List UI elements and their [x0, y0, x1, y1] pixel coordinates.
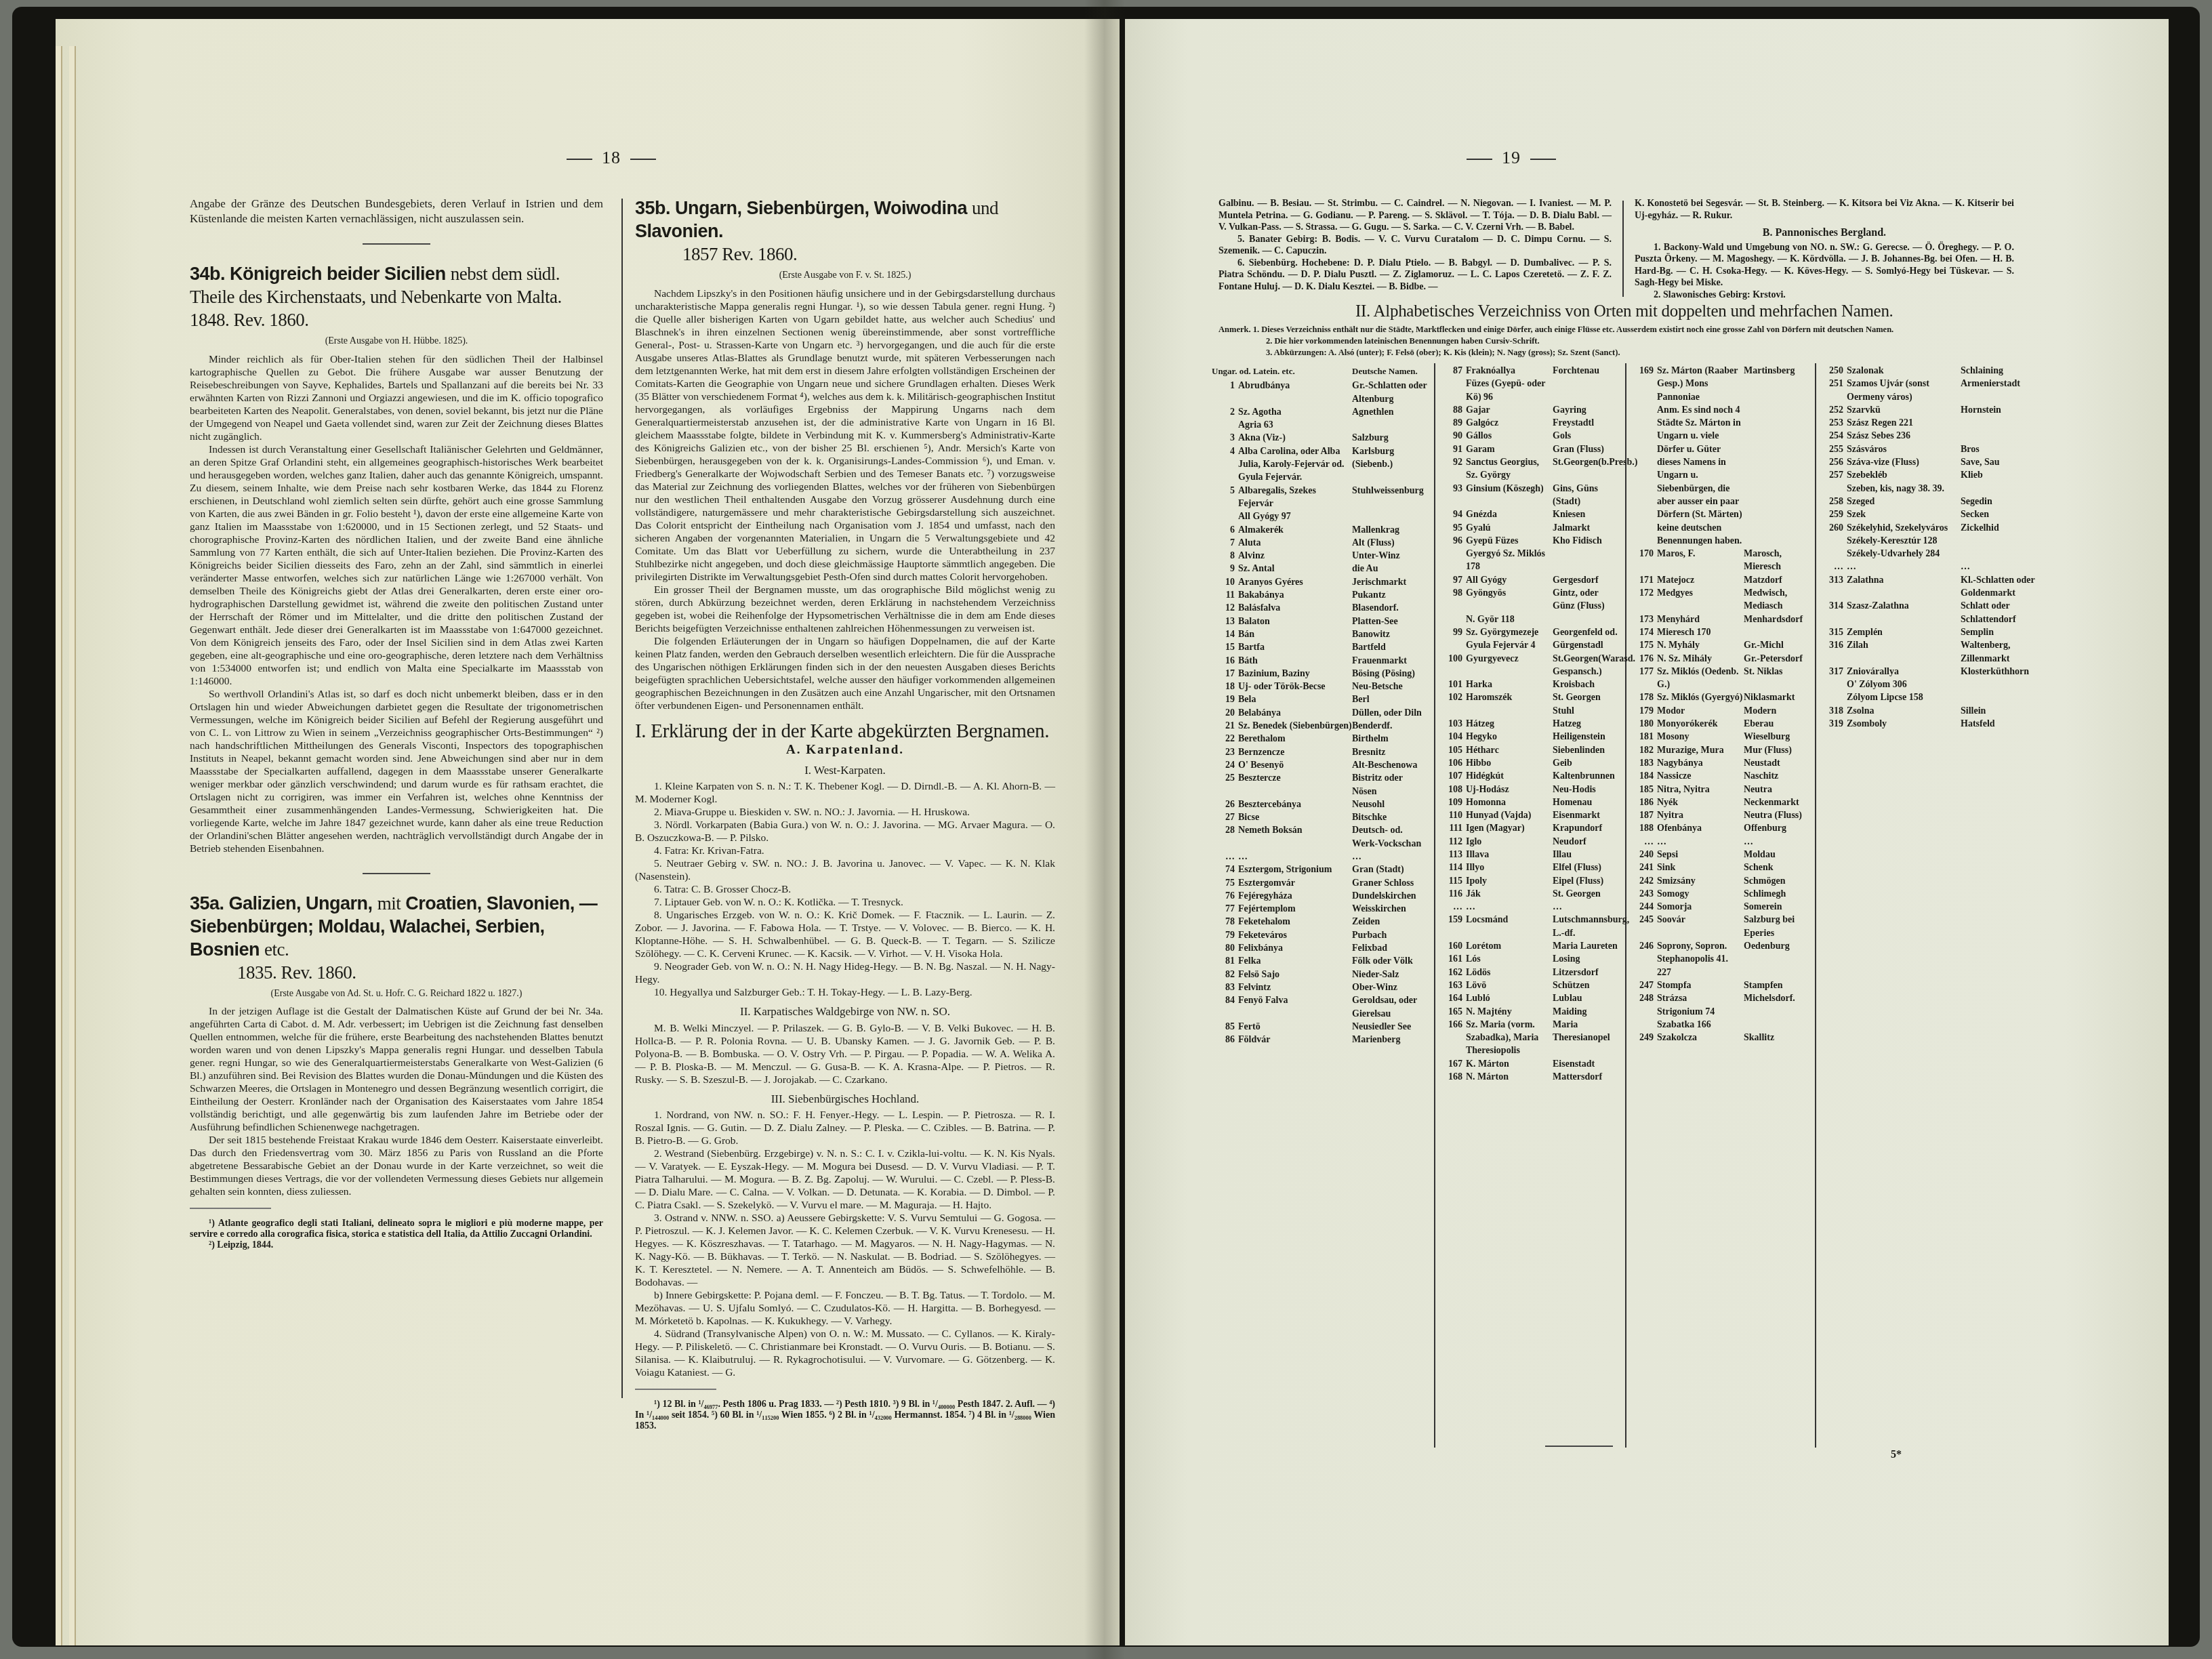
index-row: 187NyitraNeutra (Fluss) [1631, 809, 1811, 822]
index-row: 244SomorjaSomerein [1631, 901, 1811, 914]
index-number: 1 [1212, 380, 1238, 406]
hungarian-name: Nassicze [1657, 770, 1744, 783]
index-number: 26 [1212, 798, 1238, 811]
index-row: 161LósLosing [1439, 953, 1621, 966]
index-row: 14BánBanowitz [1212, 628, 1429, 641]
footnote-rule [190, 1208, 271, 1209]
german-name: Bitschke [1352, 811, 1429, 824]
hungarian-name: Szamos Ujvár (sonst Oermeny város) [1847, 377, 1961, 404]
german-name [1961, 691, 2044, 704]
german-name [1961, 678, 2044, 691]
index-number: 184 [1631, 770, 1657, 783]
index-header: Ungar. od. Latein. etc. Deutsche Namen. [1212, 365, 1429, 377]
hungarian-name: Feketehalom [1238, 916, 1352, 928]
index-row: 76FejéregyházaDundelskirchen [1212, 890, 1429, 903]
hungarian-name: Strázsa [1657, 992, 1744, 1005]
german-name: Alt-Beschenowa [1352, 759, 1429, 772]
index-number: 319 [1820, 718, 1847, 731]
index-row: 101HarkaKroisbach [1439, 678, 1621, 691]
index-number: 187 [1631, 809, 1657, 822]
hungarian-name: Szek [1847, 508, 1961, 521]
index-column-a: Ungar. od. Latein. etc. Deutsche Namen. … [1212, 365, 1429, 1046]
column-divider [1815, 363, 1816, 1448]
german-name: Moldau [1744, 848, 1811, 861]
german-name: Schlaining [1961, 365, 2044, 377]
hungarian-name: Sz. Maria (vorm. Szabadka), Maria Theres… [1466, 1019, 1553, 1058]
hungarian-name: Esztergom, Strigonium [1238, 863, 1352, 876]
hungarian-name: Zniovárallya [1847, 665, 1961, 678]
hungarian-name: Esztergomvár [1238, 877, 1352, 890]
hungarian-name: Feketeváros [1238, 929, 1352, 942]
index-number: 84 [1212, 994, 1238, 1021]
hungarian-name: Hidégkút [1466, 770, 1553, 783]
first-edition-note: (Erste Ausgabe von Ad. St. u. Hofr. C. G… [190, 987, 603, 1002]
hungarian-name: Akna (Viz-) [1238, 432, 1352, 445]
hungarian-name: Garam [1466, 443, 1553, 456]
hungarian-name: Fertö [1238, 1021, 1352, 1033]
index-row: 240SepsiMoldau [1631, 848, 1811, 861]
index-number: 188 [1631, 822, 1657, 835]
index-number: 105 [1439, 744, 1466, 757]
german-name: Fölk oder Völk [1352, 955, 1429, 968]
index-number: 252 [1820, 404, 1847, 417]
index-row: Strigonium 74 [1631, 1006, 1811, 1019]
hungarian-name: Zalathna [1847, 574, 1961, 600]
hungarian-name: Hegyko [1466, 731, 1553, 743]
index-row: 183NagybányaNeustadt [1631, 757, 1811, 770]
index-number: 102 [1439, 691, 1466, 718]
index-number: 19 [1212, 693, 1238, 706]
german-name: Illau [1553, 848, 1621, 861]
german-name: Martinsberg [1744, 365, 1811, 404]
german-name: St. Niklas [1744, 665, 1811, 692]
index-number [1631, 404, 1657, 548]
hungarian-name: Agria 63 [1238, 419, 1352, 432]
hungarian-name: Nyék [1657, 796, 1744, 809]
hungarian-name: Abrudbánya [1238, 380, 1352, 406]
subsection-A-III-title: III. Siebenbürgisches Hochland. [635, 1092, 1055, 1107]
list-item: 2. Miava-Gruppe u. Bieskiden v. SW. n. N… [635, 806, 1055, 819]
index-number: 170 [1631, 548, 1657, 574]
index-row: 97All GyógyGergesdorf [1439, 574, 1621, 587]
german-name: Klieb [1961, 469, 2044, 482]
index-number: 90 [1439, 430, 1466, 443]
index-number: 16 [1212, 655, 1238, 668]
hungarian-name: Szász Sebes 236 [1847, 430, 1961, 443]
index-number: 101 [1439, 678, 1466, 691]
index-number: 115 [1439, 875, 1466, 888]
index-number: 167 [1439, 1058, 1466, 1071]
hungarian-name: Alvinz [1238, 550, 1352, 562]
index-row: 249SzakolczaSkallitz [1631, 1031, 1811, 1044]
index-number: 106 [1439, 757, 1466, 770]
index-number: 75 [1212, 877, 1238, 890]
index-number: 178 [1631, 691, 1657, 704]
index-number: … [1820, 560, 1847, 573]
index-number: 183 [1631, 757, 1657, 770]
index-row: 80FelixbányaFelixbad [1212, 942, 1429, 955]
index-number: 99 [1439, 626, 1466, 653]
index-number: 22 [1212, 733, 1238, 745]
hungarian-name: Fraknóallya [1466, 365, 1553, 377]
index-number: 242 [1631, 875, 1657, 888]
index-row: 19BelaBerl [1212, 693, 1429, 706]
column-divider [1622, 201, 1624, 297]
german-name [1352, 419, 1429, 432]
index-number [1631, 1006, 1657, 1019]
hungarian-name: Belabánya [1238, 707, 1352, 720]
index-row: 116JákSt. Georgen [1439, 888, 1621, 901]
index-row: 81FelkaFölk oder Völk [1212, 955, 1429, 968]
hungarian-name: Nyitra [1657, 809, 1744, 822]
hungarian-name: Galgócz [1466, 417, 1553, 430]
hungarian-name: Illava [1466, 848, 1553, 861]
annotation-line: 2. Die hier vorkommenden lateinischen Be… [1218, 335, 2018, 347]
paragraph: Nachdem Lipszky's in den Positionen häuf… [635, 287, 1055, 583]
index-number: 258 [1820, 495, 1847, 508]
german-name: … [1352, 851, 1429, 863]
index-row: 21Sz. Benedek (Siebenbürgen)Benderdf. [1212, 720, 1429, 733]
german-name: Litzersdorf [1553, 966, 1621, 979]
index-row: 12BalásfalvaBlasendorf. [1212, 602, 1429, 615]
index-number: 23 [1212, 746, 1238, 759]
hungarian-name: Somogy [1657, 888, 1744, 901]
hungarian-name: Hibbo [1466, 757, 1553, 770]
index-row: 181MosonyWieselburg [1631, 731, 1811, 743]
index-number: 14 [1212, 628, 1238, 641]
index-number: 15 [1212, 641, 1238, 654]
german-name: Salzburg [1352, 432, 1429, 445]
german-name: St.Georgen(Warasd. Gespansch.) [1553, 653, 1635, 679]
index-row: 109HomonnaHomenau [1439, 796, 1621, 809]
hungarian-name: Ipoly [1466, 875, 1553, 888]
subsection-B-title: B. Pannonisches Bergland. [1635, 227, 2014, 239]
index-row: 11BakabányaPukantz [1212, 589, 1429, 602]
hungarian-name: Iglo [1466, 836, 1553, 848]
german-name: Weisskirchen [1352, 903, 1429, 916]
column-divider [1625, 363, 1626, 1448]
index-row: 22BerethalomBirthelm [1212, 733, 1429, 745]
index-number: 318 [1820, 705, 1847, 718]
index-row: 93Ginsium (Köszegh)Gins, Güns (Stadt) [1439, 483, 1621, 509]
german-name [1961, 483, 2044, 495]
german-name: Mallenkrag [1352, 524, 1429, 537]
index-number: 161 [1439, 953, 1466, 966]
index-number: 176 [1631, 653, 1657, 665]
german-name: Sillein [1961, 705, 2044, 718]
german-name: Graner Schloss [1352, 877, 1429, 890]
index-row: 77FejértemplomWeisskirchen [1212, 903, 1429, 916]
index-number: 249 [1631, 1031, 1657, 1044]
german-name: Geib [1553, 757, 1621, 770]
index-row: 26BesztercebányaNeusohl [1212, 798, 1429, 811]
hungarian-name: Hétharс [1466, 744, 1553, 757]
column-divider [1434, 363, 1435, 1448]
index-number: 109 [1439, 796, 1466, 809]
index-row: 20BelabányaDüllen, oder Diln [1212, 707, 1429, 720]
german-name: Neusiedler See [1352, 1021, 1429, 1033]
german-name: Gr.-Schlatten oder Altenburg [1352, 380, 1429, 406]
index-number: 25 [1212, 772, 1238, 798]
german-name: Neusohl [1352, 798, 1429, 811]
index-row: 250SzalonakSchlaining [1820, 365, 2044, 377]
hungarian-name: Albaregalis, Szekes Fejervár [1238, 485, 1352, 511]
index-row: 25BeszterczеBistritz oder Nösen [1212, 772, 1429, 798]
german-name: Zickelhid [1961, 522, 2044, 535]
index-number: 313 [1820, 574, 1847, 600]
index-row: 15BartfaBartfeld [1212, 641, 1429, 654]
index-row: 173MenyhárdMenhardsdorf [1631, 613, 1811, 626]
hungarian-name: Monyorókerék [1657, 718, 1744, 731]
german-name: Marosch, Mieresch [1744, 548, 1811, 574]
german-name: Lutschmannsburg, L.-df. [1553, 914, 1629, 940]
german-name: Kaltenbrunnen [1553, 770, 1621, 783]
index-number: 174 [1631, 626, 1657, 639]
index-row: 112IgloNeudorf [1439, 836, 1621, 848]
german-name: Eisenmarkt [1553, 809, 1621, 822]
hungarian-name: Felka [1238, 955, 1352, 968]
index-row: Szeben, kis, nagy 38. 39. [1820, 483, 2044, 495]
paragraph: Minder reichlich als für Ober-Italien st… [190, 353, 603, 443]
hungarian-name: Szász Regen 221 [1847, 417, 1961, 430]
index-number: 171 [1631, 574, 1657, 587]
german-name [1961, 535, 2044, 548]
hungarian-name: Bazinium, Baziny [1238, 668, 1352, 680]
hungarian-name: Zilah [1847, 639, 1961, 665]
index-row: 182Murazige, MuraMur (Fluss) [1631, 744, 1811, 757]
german-name: Alt (Fluss) [1352, 537, 1429, 550]
list-item: 3. Nördl. Vorkarpaten (Babia Gura.) von … [635, 819, 1055, 844]
german-name: Bartfeld [1352, 641, 1429, 654]
german-name [1352, 510, 1429, 523]
index-row: 92Sanctus Georgius, Sz. GyörgySt.Georgen… [1439, 456, 1621, 483]
german-name: Neckenmarkt [1744, 796, 1811, 809]
index-row: 255SzásvárosBros [1820, 443, 2044, 456]
hungarian-name: Sz. Antal [1238, 562, 1352, 575]
page-edge [69, 46, 76, 1645]
german-name: Purbach [1352, 929, 1429, 942]
hungarian-name: Sz. Márton (Raaber Gesp.) Mons Pannoniae [1657, 365, 1744, 404]
index-number: 20 [1212, 707, 1238, 720]
german-name: Armenierstadt [1961, 377, 2044, 404]
index-number: 24 [1212, 759, 1238, 772]
page-number: 19 [1457, 148, 1565, 168]
hungarian-name: Székelyhid, Szekelyváros [1847, 522, 1961, 535]
carryover-text: K. Konostetö bei Segesvár. — St. B. Stei… [1635, 198, 2014, 222]
signature-mark: 5* [1891, 1449, 1902, 1461]
index-number: 100 [1439, 653, 1466, 679]
hungarian-name: Lós [1466, 953, 1553, 966]
hungarian-name: K. Márton [1466, 1058, 1553, 1071]
index-number: 245 [1631, 914, 1657, 940]
right-column-1: Galbinu. — B. Besiau. — St. Strimbu. — C… [1218, 198, 1612, 293]
separator [363, 873, 430, 874]
index-number: 113 [1439, 848, 1466, 861]
index-number: 76 [1212, 890, 1238, 903]
hungarian-name: Locsmánd [1466, 914, 1553, 940]
hungarian-name: Sz. Miklós (Gyergyó) [1657, 691, 1744, 704]
hungarian-name: Hunyad (Vajda) [1466, 809, 1553, 822]
index-number: 116 [1439, 888, 1466, 901]
index-row: 84Fenyö FalvaGeroldsau, oder Gierelsau [1212, 994, 1429, 1021]
index-row: ……… [1820, 560, 2044, 573]
index-number: 85 [1212, 1021, 1238, 1033]
index-number: 4 [1212, 445, 1238, 485]
german-name: Niklasmarkt [1744, 691, 1811, 704]
german-name: St.Georgen(b.Presb.) [1553, 456, 1637, 483]
index-row: Füzes (Gyepü- oder Kö) 96 [1439, 377, 1621, 404]
index-row: 162LödösLitzersdorf [1439, 966, 1621, 979]
index-number: 114 [1439, 861, 1466, 874]
index-number: 27 [1212, 811, 1238, 824]
index-row: 9Sz. Antaldie Au [1212, 562, 1429, 575]
hungarian-name: Haromszék [1466, 691, 1553, 718]
index-row: 23BernzenczeBresnitz [1212, 746, 1429, 759]
german-name: Unter-Winz [1352, 550, 1429, 562]
hungarian-name: … [1466, 901, 1553, 914]
german-name: … [1961, 560, 2044, 573]
index-row: Anm. Es sind noch 4 Städte Sz. Márton in… [1631, 404, 1811, 548]
german-name: Semplin [1961, 626, 2044, 639]
index-row: ……… [1212, 851, 1429, 863]
index-number: 92 [1439, 456, 1466, 483]
hungarian-name: Sepsi [1657, 848, 1744, 861]
index-row: 163LövöSchützen [1439, 979, 1621, 992]
index-number: 107 [1439, 770, 1466, 783]
index-number: 251 [1820, 377, 1847, 404]
index-number [1820, 535, 1847, 548]
german-name: Matzdorf [1744, 574, 1811, 587]
index-number: 108 [1439, 783, 1466, 796]
german-name [1744, 1019, 1811, 1031]
german-name: Gergesdorf [1553, 574, 1621, 587]
index-number: 96 [1439, 535, 1466, 548]
index-number: 7 [1212, 537, 1238, 550]
hungarian-name: Gyöngyös [1466, 587, 1553, 613]
index-number: 257 [1820, 469, 1847, 482]
index-row: 82Felsö SajoNieder-Salz [1212, 968, 1429, 981]
index-number: 256 [1820, 456, 1847, 469]
index-number: 95 [1439, 522, 1466, 535]
index-number: 77 [1212, 903, 1238, 916]
german-name: Gr.-Petersdorf [1744, 653, 1811, 665]
index-row: 247StompfaStampfen [1631, 979, 1811, 992]
index-row: 256Száva-vize (Fluss)Save, Sau [1820, 456, 2044, 469]
index-number: 180 [1631, 718, 1657, 731]
german-name: Oedenburg [1744, 940, 1811, 979]
index-row: 258SzegedSegedin [1820, 495, 2044, 508]
index-row: 257SzebeklébKlieb [1820, 469, 2044, 482]
index-number: 28 [1212, 824, 1238, 851]
index-row: Székely-Keresztúr 128 [1820, 535, 2044, 548]
footnotes: ¹) 12 Bl. in ¹/₄₆₉₇₇. Pesth 1806 u. Prag… [635, 1399, 1055, 1432]
german-name: Kho Fidisch [1553, 535, 1621, 548]
index-number: 83 [1212, 981, 1238, 994]
german-name: Naschitz [1744, 770, 1811, 783]
hungarian-name: Mosony [1657, 731, 1744, 743]
german-name: Marienberg [1352, 1033, 1429, 1046]
index-number: 21 [1212, 720, 1238, 733]
german-name: Modern [1744, 705, 1811, 718]
separator [363, 243, 430, 245]
index-row: 103HátzegHatzeg [1439, 718, 1621, 731]
subsection-A-I-title: I. West-Karpaten. [635, 763, 1055, 778]
footnote: ²) Leipzig, 1844. [190, 1240, 603, 1251]
hungarian-name: Maros, F. [1657, 548, 1744, 574]
german-name: Offenburg [1744, 822, 1811, 835]
index-row: 88GajarGayring [1439, 404, 1621, 417]
index-row: 79FeketevárosPurbach [1212, 929, 1429, 942]
german-name: Gr.-Michl [1744, 639, 1811, 652]
index-row: 166Sz. Maria (vorm. Szabadka), Maria The… [1439, 1019, 1621, 1058]
index-number: 18 [1212, 680, 1238, 693]
german-name: Karlsburg (Siebenb.) [1352, 445, 1429, 485]
index-row: 13BalatonPlatten-See [1212, 615, 1429, 628]
paragraph: Ein grosser Theil der Bergnamen musste, … [635, 583, 1055, 635]
hungarian-name: Fejéregyháza [1238, 890, 1352, 903]
index-rows: 169Sz. Márton (Raaber Gesp.) Mons Pannon… [1631, 365, 1811, 1044]
hungarian-name: Bakabánya [1238, 589, 1352, 602]
index-row: 90GállosGols [1439, 430, 1621, 443]
index-row: 94GnézdaKniesen [1439, 508, 1621, 521]
hungarian-name: Szeged [1847, 495, 1961, 508]
index-number [1439, 548, 1466, 574]
index-row: 248StrázsaMichelsdorf. [1631, 992, 1811, 1005]
index-number: 255 [1820, 443, 1847, 456]
index-number: 80 [1212, 942, 1238, 955]
hungarian-name: … [1657, 836, 1744, 848]
german-name [1553, 377, 1621, 404]
hungarian-name: Zólyom Lipcse 158 [1847, 691, 1961, 704]
annotation-block: Anmerk. 1. Dieses Verzeichniss enthält n… [1218, 324, 2018, 359]
hungarian-name: Zsolna [1847, 705, 1961, 718]
index-row: 24O' BesenyöAlt-Beschenowa [1212, 759, 1429, 772]
index-row: 259SzekSecken [1820, 508, 2044, 521]
hungarian-name: Sz. Benedek (Siebenbürgen) [1238, 720, 1352, 733]
german-name: Deutsch- od. Werk-Vockschan [1352, 824, 1429, 851]
index-number: 163 [1439, 979, 1466, 992]
index-number: 111 [1439, 822, 1466, 835]
hungarian-name: Bicse [1238, 811, 1352, 824]
german-name [1553, 613, 1621, 626]
index-row: 28Nemeth BoksánDeutsch- od. Werk-Vocksch… [1212, 824, 1429, 851]
annotation-line: Anmerk. 1. Dieses Verzeichniss enthält n… [1218, 324, 2018, 335]
index-number: 316 [1820, 639, 1847, 665]
german-name: St. Georgen Stuhl [1553, 691, 1621, 718]
index-number: 94 [1439, 508, 1466, 521]
hungarian-name: Homonna [1466, 796, 1553, 809]
hungarian-name: Murazige, Mura [1657, 744, 1744, 757]
index-number [1820, 483, 1847, 495]
index-row: 2Sz. AgothaAgnethlen [1212, 406, 1429, 419]
index-row: 315ZemplénSemplin [1820, 626, 2044, 639]
german-name: Zeiden [1352, 916, 1429, 928]
right-column-2: K. Konostetö bei Segesvár. — St. B. Stei… [1635, 198, 2014, 301]
list-item: 6. Tatra: C. B. Grosser Chocz-B. [635, 883, 1055, 896]
waldgebirge-list: M. B. Welki Minczyel. — P. Prilaszek. — … [635, 1022, 1055, 1086]
index-row: 87FraknóallyaForchtenau [1439, 365, 1621, 377]
german-name: Hatsfeld [1961, 718, 2044, 731]
west-karpaten-list: 1. Kleine Karpaten von S. n. N.: T. K. T… [635, 780, 1055, 999]
index-number [1820, 548, 1847, 560]
german-name: Segedin [1961, 495, 2044, 508]
german-name: Jerischmarkt [1352, 576, 1429, 589]
index-row: 159LocsmándLutschmannsburg, L.-df. [1439, 914, 1621, 940]
index-row: 241SinkSchenk [1631, 861, 1811, 874]
index-number: 260 [1820, 522, 1847, 535]
index-row: 78FeketehalomZeiden [1212, 916, 1429, 928]
german-name: Neu-Betsche [1352, 680, 1429, 693]
